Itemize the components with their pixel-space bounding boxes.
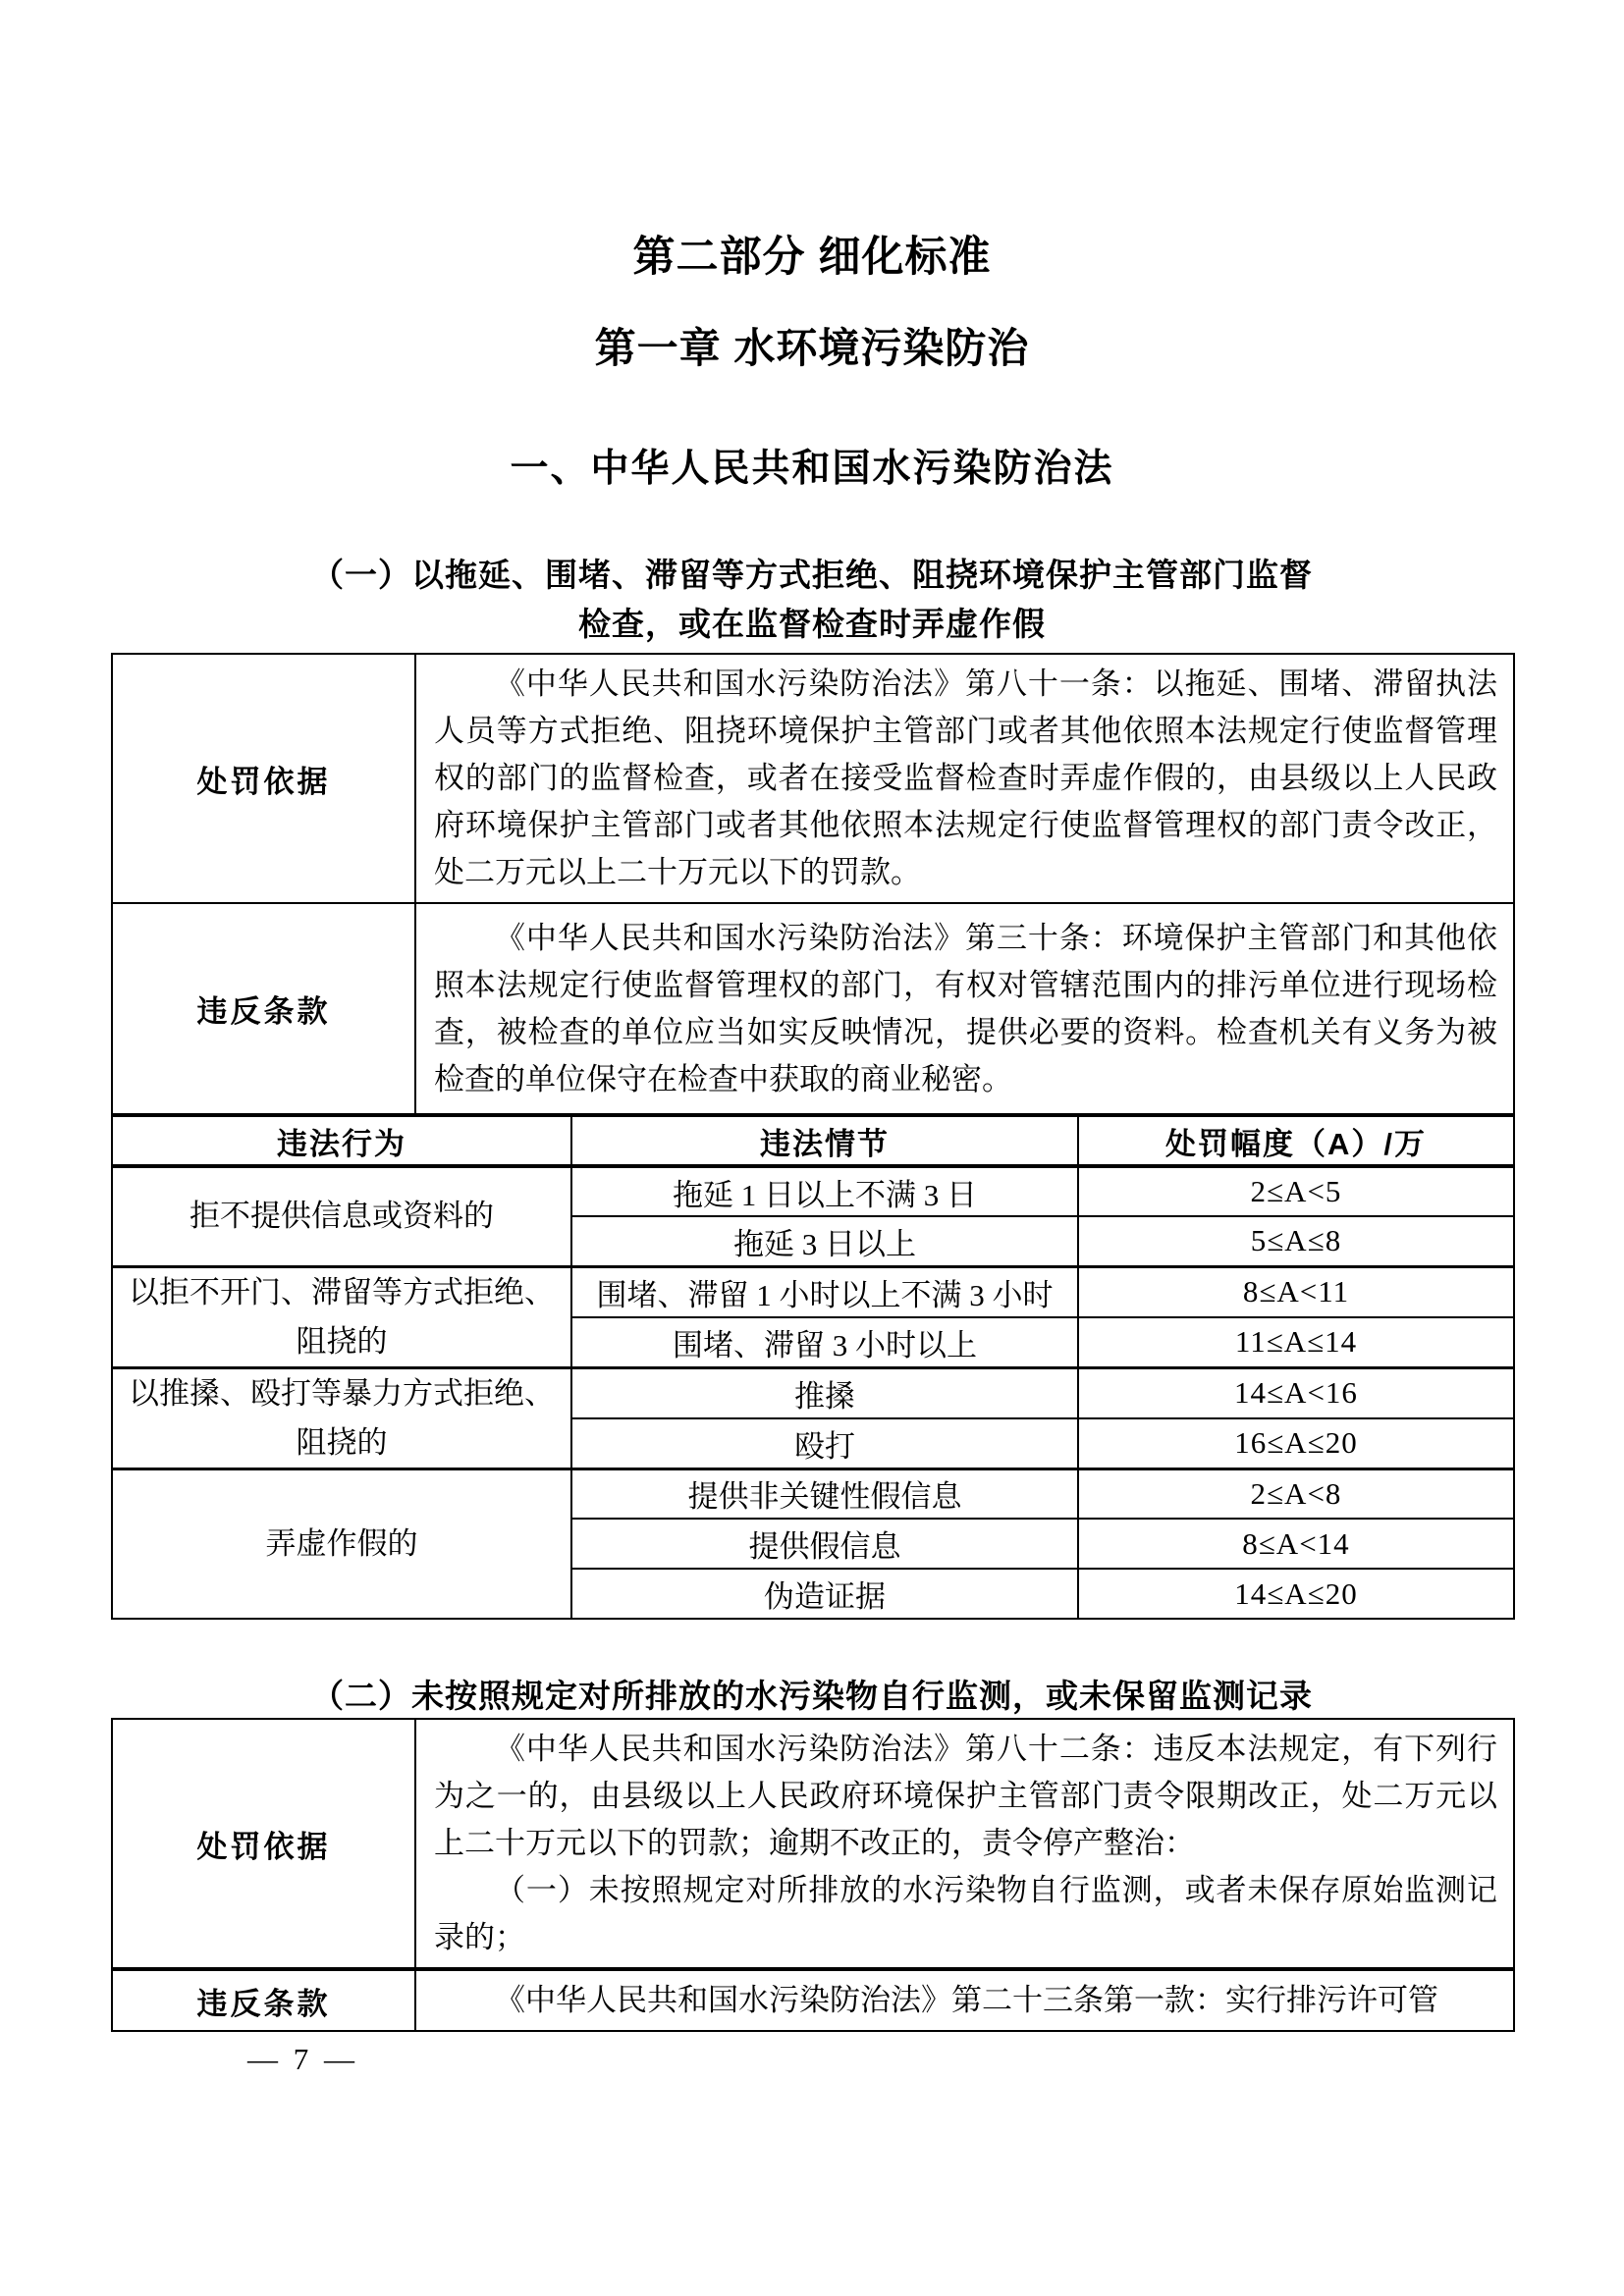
penalty-basis-text: 《中华人民共和国水污染防治法》第八十二条：违反本法规定，有下列行为之一的，由县级… [415,1719,1514,1969]
penalty-range-cell: 5≤A≤8 [1078,1216,1514,1266]
table-row: 拒不提供信息或资料的 拖延 1 日以上不满 3 日 2≤A<5 [112,1166,1514,1216]
penalty-table-2: 处罚依据 《中华人民共和国水污染防治法》第八十二条：违反本法规定，有下列行为之一… [111,1718,1513,2032]
penalty-range-cell: 8≤A<14 [1078,1519,1514,1569]
part-title: 第二部分 细化标准 [0,224,1624,284]
table-row: 以推搡、殴打等暴力方式拒绝、阻挠的 推搡 14≤A<16 [112,1367,1514,1418]
section-1-heading-line-1: （一）以拖延、围堵、滞留等方式拒绝、阻挠环境保护主管部门监督 [0,552,1624,601]
section-2-heading: （二）未按照规定对所排放的水污染物自行监测，或未保留监测记录 [0,1671,1624,1717]
penalty-basis-table: 处罚依据 《中华人民共和国水污染防治法》第八十一条：以拖延、围堵、滞留执法人员等… [111,653,1515,1115]
penalty-range-cell: 14≤A<16 [1078,1367,1514,1418]
header-behavior: 违法行为 [112,1115,571,1166]
penalty-basis-text: 《中华人民共和国水污染防治法》第八十一条：以拖延、围堵、滞留执法人员等方式拒绝、… [415,654,1514,903]
penalty-range-cell: 16≤A≤20 [1078,1418,1514,1469]
table-row: 处罚依据 《中华人民共和国水污染防治法》第八十一条：以拖延、围堵、滞留执法人员等… [112,654,1514,903]
circumstance-cell: 拖延 3 日以上 [571,1216,1078,1266]
penalty-range-cell: 14≤A≤20 [1078,1569,1514,1619]
table-row: 弄虚作假的 提供非关键性假信息 2≤A<8 [112,1468,1514,1519]
header-penalty-range: 处罚幅度（A）/万 [1078,1115,1514,1166]
circumstance-cell: 殴打 [571,1418,1078,1469]
circumstance-cell: 提供非关键性假信息 [571,1468,1078,1519]
table-row: 违反条款 《中华人民共和国水污染防治法》第三十条：环境保护主管部门和其他依照本法… [112,903,1514,1114]
penalty-basis-label: 处罚依据 [112,1719,415,1969]
header-circumstance: 违法情节 [571,1115,1078,1166]
violated-clause-text: 《中华人民共和国水污染防治法》第三十条：环境保护主管部门和其他依照本法规定行使监… [415,903,1514,1114]
circumstance-cell: 提供假信息 [571,1519,1078,1569]
penalty-table-1: 处罚依据 《中华人民共和国水污染防治法》第八十一条：以拖延、围堵、滞留执法人员等… [111,653,1513,1620]
behavior-cell: 拒不提供信息或资料的 [112,1166,571,1266]
section-1-heading-line-2: 检查，或在监督检查时弄虚作假 [0,601,1624,650]
table-header-row: 违法行为 违法情节 处罚幅度（A）/万 [112,1115,1514,1166]
penalty-range-cell: 2≤A<5 [1078,1166,1514,1216]
penalty-basis-label: 处罚依据 [112,654,415,903]
table-row: 处罚依据 《中华人民共和国水污染防治法》第八十二条：违反本法规定，有下列行为之一… [112,1719,1514,1969]
chapter-title: 第一章 水环境污染防治 [0,316,1624,375]
circumstance-cell: 围堵、滞留 1 小时以上不满 3 小时 [571,1266,1078,1317]
violated-clause-paragraph: 《中华人民共和国水污染防治法》第二十三条第一款：实行排污许可管 [434,1977,1497,2024]
behavior-cell: 以拒不开门、滞留等方式拒绝、阻挠的 [112,1266,571,1367]
behavior-cell: 弄虚作假的 [112,1468,571,1619]
circumstance-cell: 拖延 1 日以上不满 3 日 [571,1166,1078,1216]
document-page: 第二部分 细化标准 第一章 水环境污染防治 一、中华人民共和国水污染防治法 （一… [0,0,1624,2296]
penalty-range-cell: 8≤A<11 [1078,1266,1514,1317]
penalty-basis-paragraph-1: 《中华人民共和国水污染防治法》第八十二条：违反本法规定，有下列行为之一的，由县级… [434,1726,1497,1867]
penalty-basis-paragraph: 《中华人民共和国水污染防治法》第八十一条：以拖延、围堵、滞留执法人员等方式拒绝、… [434,661,1497,896]
violated-clause-text: 《中华人民共和国水污染防治法》第二十三条第一款：实行排污许可管 [415,1969,1514,2031]
violated-clause-label: 违反条款 [112,903,415,1114]
circumstance-cell: 伪造证据 [571,1569,1078,1619]
table-row: 违反条款 《中华人民共和国水污染防治法》第二十三条第一款：实行排污许可管 [112,1969,1514,2031]
penalty-range-cell: 2≤A<8 [1078,1468,1514,1519]
page-number: — 7 — [247,2042,358,2077]
circumstance-cell: 围堵、滞留 3 小时以上 [571,1317,1078,1368]
penalty-basis-paragraph-2: （一）未按照规定对所排放的水污染物自行监测，或者未保存原始监测记录的； [434,1867,1497,1961]
circumstance-cell: 推搡 [571,1367,1078,1418]
penalty-range-cell: 11≤A≤14 [1078,1317,1514,1368]
table-row: 以拒不开门、滞留等方式拒绝、阻挠的 围堵、滞留 1 小时以上不满 3 小时 8≤… [112,1266,1514,1317]
penalty-basis-table-2: 处罚依据 《中华人民共和国水污染防治法》第八十二条：违反本法规定，有下列行为之一… [111,1718,1515,2032]
violated-clause-paragraph: 《中华人民共和国水污染防治法》第三十条：环境保护主管部门和其他依照本法规定行使监… [434,915,1497,1103]
behavior-cell: 以推搡、殴打等暴力方式拒绝、阻挠的 [112,1367,571,1468]
violated-clause-label: 违反条款 [112,1969,415,2031]
violation-detail-table: 违法行为 违法情节 处罚幅度（A）/万 拒不提供信息或资料的 拖延 1 日以上不… [111,1113,1515,1620]
section-1-heading: （一）以拖延、围堵、滞留等方式拒绝、阻挠环境保护主管部门监督 检查，或在监督检查… [0,552,1624,650]
law-title: 一、中华人民共和国水污染防治法 [0,438,1624,493]
